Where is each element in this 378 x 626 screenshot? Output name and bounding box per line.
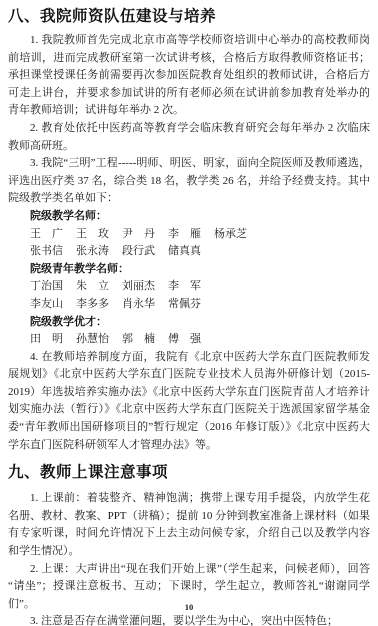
teaching-talents-row-1: 田 明孙慧怡郭 楠傅 强 xyxy=(8,331,370,349)
person-name: 常佩芬 xyxy=(168,296,201,314)
person-name: 朱 立 xyxy=(76,278,109,296)
teaching-masters-row-1: 王 广王 玫尹 丹李 雁杨承芝 xyxy=(8,226,370,244)
person-name: 张永涛 xyxy=(76,243,109,261)
label-teaching-masters: 院级教学名师： xyxy=(8,208,370,226)
person-name: 杨承芝 xyxy=(214,226,247,244)
person-name: 郭 楠 xyxy=(122,331,155,349)
section8-paragraph-4: 4. 在教师培养制度方面，我院有《北京中医药大学东直门医院教师发展规划》《北京中… xyxy=(8,349,370,455)
person-name: 刘丽杰 xyxy=(122,278,155,296)
young-teaching-masters-row-2: 李友山李多多肖永华常佩芬 xyxy=(8,296,370,314)
section9-paragraph-1: 1. 上课前：着装整齐、精神饱满；携带上课专用手提袋，内放学生花名册、教材、教案… xyxy=(8,490,370,560)
person-name: 田 明 xyxy=(30,331,63,349)
person-name: 李 军 xyxy=(168,278,201,296)
person-name: 李多多 xyxy=(76,296,109,314)
section8-paragraph-3: 3. 我院“三明”工程-----明师、明医、明家，面向全院医师及教师遴选，评选出… xyxy=(8,155,370,208)
person-name: 丁治国 xyxy=(30,278,63,296)
person-name: 王 玫 xyxy=(76,226,109,244)
section8-heading: 八、我院师资队伍建设与培养 xyxy=(8,6,370,28)
person-name: 尹 丹 xyxy=(122,226,155,244)
label-young-teaching-masters: 院级青年教学名师： xyxy=(8,261,370,279)
document-page: 八、我院师资队伍建设与培养 1. 我院教师首先完成北京市高等学校师资培训中心举办… xyxy=(0,0,378,626)
young-teaching-masters-row-1: 丁治国朱 立刘丽杰李 军 xyxy=(8,278,370,296)
person-name: 段行武 xyxy=(122,243,155,261)
person-name: 傅 强 xyxy=(168,331,201,349)
person-name: 肖永华 xyxy=(122,296,155,314)
person-name: 张书信 xyxy=(30,243,63,261)
label-teaching-talents: 院级教学优才： xyxy=(8,314,370,332)
section8-paragraph-2: 2. 教育处依托中医药高等教育学会临床教育研究会每年举办 2 次临床教师高研班。 xyxy=(8,120,370,155)
person-name: 王 广 xyxy=(30,226,63,244)
person-name: 李 雁 xyxy=(168,226,201,244)
person-name: 储真真 xyxy=(168,243,201,261)
section9-heading: 九、教师上课注意事项 xyxy=(8,462,370,484)
page-number: 10 xyxy=(0,599,378,617)
person-name: 李友山 xyxy=(30,296,63,314)
section8-paragraph-1: 1. 我院教师首先完成北京市高等学校师资培训中心举办的高校教师岗前培训，进而完成… xyxy=(8,32,370,120)
person-name: 孙慧怡 xyxy=(76,331,109,349)
teaching-masters-row-2: 张书信张永涛段行武储真真 xyxy=(8,243,370,261)
